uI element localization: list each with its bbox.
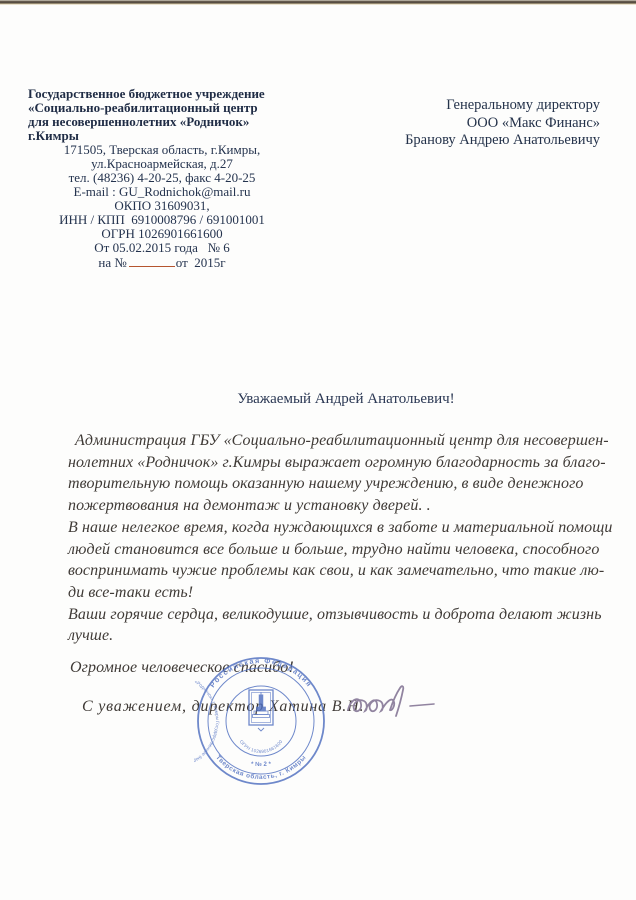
- stamp-number-text: * № 2 *: [251, 761, 271, 768]
- org-address-line: 171505, Тверская область, г.Кимры,: [28, 143, 296, 157]
- stamp-mid-circle: [208, 668, 314, 774]
- salutation: Уважаемый Андрей Анатольевич!: [56, 391, 636, 408]
- incoming-number-line: на №от 2015г: [28, 255, 296, 270]
- round-stamp: Российская Федерация Тверская область, г…: [194, 654, 328, 788]
- letterhead-block: Государственное бюджетное учреждение «Со…: [28, 87, 296, 270]
- org-name-line: «Социально-реабилитационный центр: [28, 101, 296, 115]
- org-phone-line: тел. (48236) 4-20-25, факс 4-20-25: [28, 171, 296, 185]
- body-line: творительную помощь оказанную нашему учр…: [68, 473, 624, 495]
- body-line: ди все-таки есть!: [68, 582, 624, 604]
- blank-underline: [129, 255, 175, 267]
- incoming-number-prefix: на №: [98, 255, 126, 270]
- org-ogrn-line: ОГРН 1026901661600: [28, 227, 296, 241]
- body-line: пожертвования на демонтаж и установку дв…: [68, 495, 624, 517]
- org-address-line: ул.Красноармейская, д.27: [28, 157, 296, 171]
- body-line: Ваши горячие сердца, великодушие, отзывч…: [68, 604, 624, 626]
- body-line: нолетних «Родничок» г.Кимры выражает огр…: [68, 452, 624, 474]
- org-name-line: для несовершеннолетних «Родничок»: [28, 115, 296, 129]
- recipient-title-line: Генеральному директору: [320, 97, 600, 115]
- body-line: воспринимать чужие проблемы как свои, и …: [68, 560, 624, 582]
- body-line: Администрация ГБУ «Социально-реабилитаци…: [68, 430, 624, 452]
- org-name-line: Государственное бюджетное учреждение: [28, 87, 296, 101]
- org-inn-kpp-line: ИНН / КПП 6910008796 / 691001001: [28, 213, 296, 227]
- handwritten-signature: [342, 680, 458, 728]
- outgoing-number-line: От 05.02.2015 года № 6: [28, 241, 296, 255]
- svg-text:Российская Федерация: Российская Федерация: [208, 656, 315, 689]
- stamp-outer-top-text: Российская Федерация: [208, 656, 315, 689]
- org-email-line: E-mail : GU_Rodnichok@mail.ru: [28, 185, 296, 199]
- stamp-emblem: [249, 690, 273, 731]
- body-line: людей становится все больше и больше, тр…: [68, 539, 624, 561]
- org-name-line: г.Кимры: [28, 129, 296, 143]
- letter-body: Администрация ГБУ «Социально-реабилитаци…: [68, 430, 624, 647]
- recipient-block: Генеральному директору ООО «Макс Финанс»…: [320, 97, 600, 150]
- recipient-person-line: Бранову Андрею Анатольевичу: [320, 132, 600, 150]
- incoming-number-suffix: от 2015г: [176, 255, 226, 270]
- scan-edge-artifact: [0, 0, 636, 5]
- body-line: В наше нелегкое время, когда нуждающихся…: [68, 517, 624, 539]
- body-line: лучше.: [68, 625, 624, 647]
- recipient-company-line: ООО «Макс Финанс»: [320, 115, 600, 133]
- org-okpo-line: ОКПО 31609031,: [28, 199, 296, 213]
